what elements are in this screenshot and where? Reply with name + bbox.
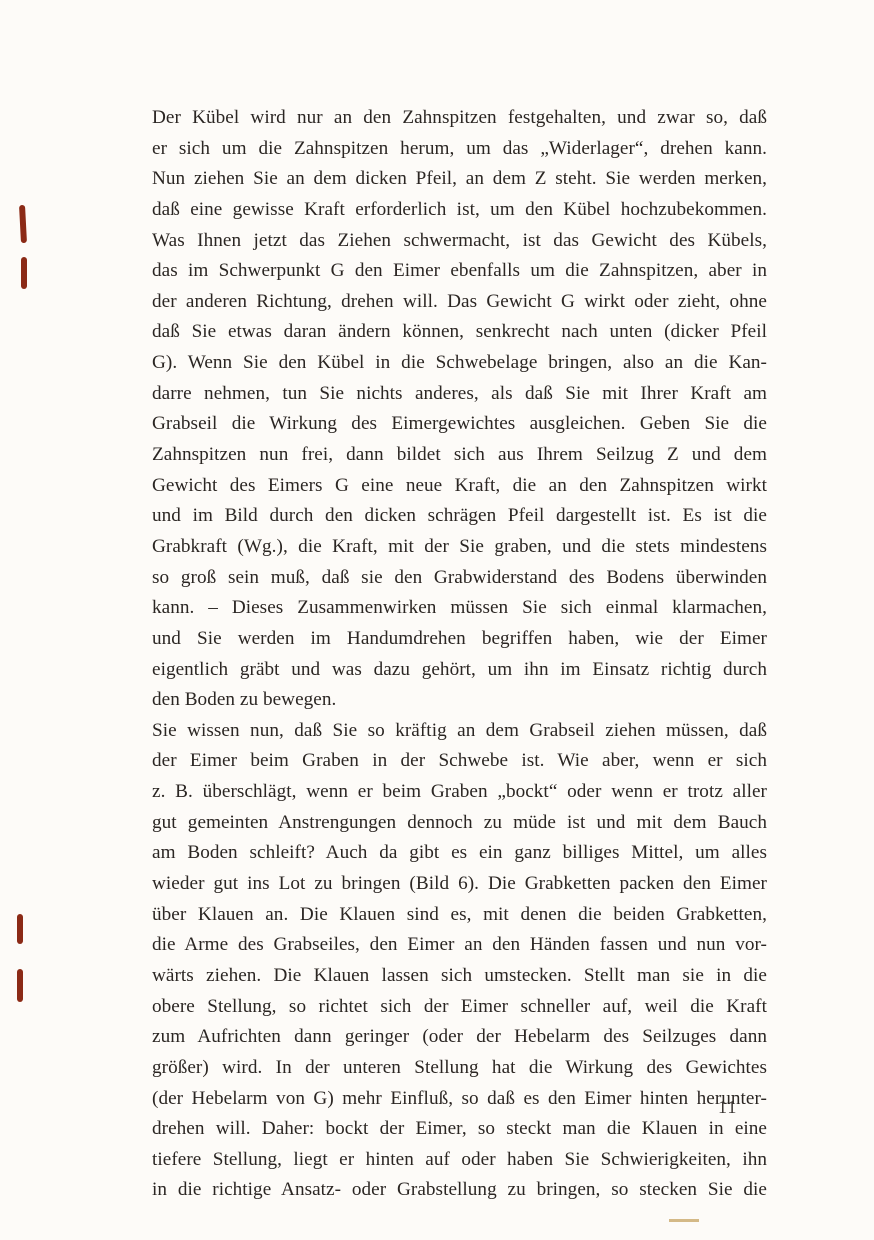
text-line: und im Bild durch den dicken schrägen Pf… xyxy=(152,501,767,532)
text-line: Grabkraft (Wg.), die Kraft, mit der Sie … xyxy=(152,532,767,563)
text-line: Der Kübel wird nur an den Zahnspitzen fe… xyxy=(152,103,767,134)
text-line: drehen will. Daher: bockt der Eimer, so … xyxy=(152,1114,767,1145)
text-line: daß eine gewisse Kraft erforderlich ist,… xyxy=(152,195,767,226)
text-line: tiefere Stellung, liegt er hinten auf od… xyxy=(152,1145,767,1176)
text-line: größer) wird. In der unteren Stellung ha… xyxy=(152,1053,767,1084)
text-line: zum Aufrichten dann geringer (oder der H… xyxy=(152,1022,767,1053)
text-line: gut gemeinten Anstrengungen dennoch zu m… xyxy=(152,808,767,839)
text-line: Gewicht des Eimers G eine neue Kraft, di… xyxy=(152,471,767,502)
paragraph-2: Sie wissen nun, daß Sie so kräftig an de… xyxy=(152,716,767,1206)
text-line: der Eimer beim Graben in der Schwebe ist… xyxy=(152,746,767,777)
text-line: in die richtige Ansatz- oder Grabstellun… xyxy=(152,1175,767,1206)
margin-mark-1 xyxy=(19,205,27,243)
margin-mark-2 xyxy=(21,257,27,289)
text-line: Nun ziehen Sie an dem dicken Pfeil, an d… xyxy=(152,164,767,195)
text-line: Was Ihnen jetzt das Ziehen schwermacht, … xyxy=(152,226,767,257)
text-line: wieder gut ins Lot zu bringen (Bild 6). … xyxy=(152,869,767,900)
margin-mark-3 xyxy=(17,914,23,944)
text-line: der anderen Richtung, drehen will. Das G… xyxy=(152,287,767,318)
text-line: obere Stellung, so richtet sich der Eime… xyxy=(152,992,767,1023)
text-line: daß Sie etwas daran ändern können, senkr… xyxy=(152,317,767,348)
text-line: am Boden schleift? Auch da gibt es ein g… xyxy=(152,838,767,869)
text-line: Grabseil die Wirkung des Eimergewichtes … xyxy=(152,409,767,440)
text-line: z. B. überschlägt, wenn er beim Graben „… xyxy=(152,777,767,808)
page-number: 11 xyxy=(718,1097,737,1118)
text-line: über Klauen an. Die Klauen sind es, mit … xyxy=(152,900,767,931)
text-line: eigentlich gräbt und was dazu gehört, um… xyxy=(152,655,767,686)
text-line: er sich um die Zahnspitzen herum, um das… xyxy=(152,134,767,165)
text-line: die Arme des Grabseiles, den Eimer an de… xyxy=(152,930,767,961)
text-line: Zahnspitzen nun frei, dann bildet sich a… xyxy=(152,440,767,471)
text-line: wärts ziehen. Die Klauen lassen sich ums… xyxy=(152,961,767,992)
document-page: Der Kübel wird nur an den Zahnspitzen fe… xyxy=(0,0,874,1240)
text-line: so groß sein muß, daß sie den Grabwiders… xyxy=(152,563,767,594)
text-line: (der Hebelarm von G) mehr Einfluß, so da… xyxy=(152,1084,767,1115)
paragraph-1: Der Kübel wird nur an den Zahnspitzen fe… xyxy=(152,103,767,716)
text-line: Sie wissen nun, daß Sie so kräftig an de… xyxy=(152,716,767,747)
text-line: kann. – Dieses Zusammenwirken müssen Sie… xyxy=(152,593,767,624)
text-line: G). Wenn Sie den Kübel in die Schwebelag… xyxy=(152,348,767,379)
body-text: Der Kübel wird nur an den Zahnspitzen fe… xyxy=(152,103,767,1206)
text-line: den Boden zu bewegen. xyxy=(152,685,767,716)
text-line: und Sie werden im Handumdrehen begriffen… xyxy=(152,624,767,655)
text-line: darre nehmen, tun Sie nichts anderes, al… xyxy=(152,379,767,410)
scan-mark xyxy=(669,1219,699,1222)
margin-mark-4 xyxy=(17,969,23,1002)
text-line: das im Schwerpunkt G den Eimer ebenfalls… xyxy=(152,256,767,287)
